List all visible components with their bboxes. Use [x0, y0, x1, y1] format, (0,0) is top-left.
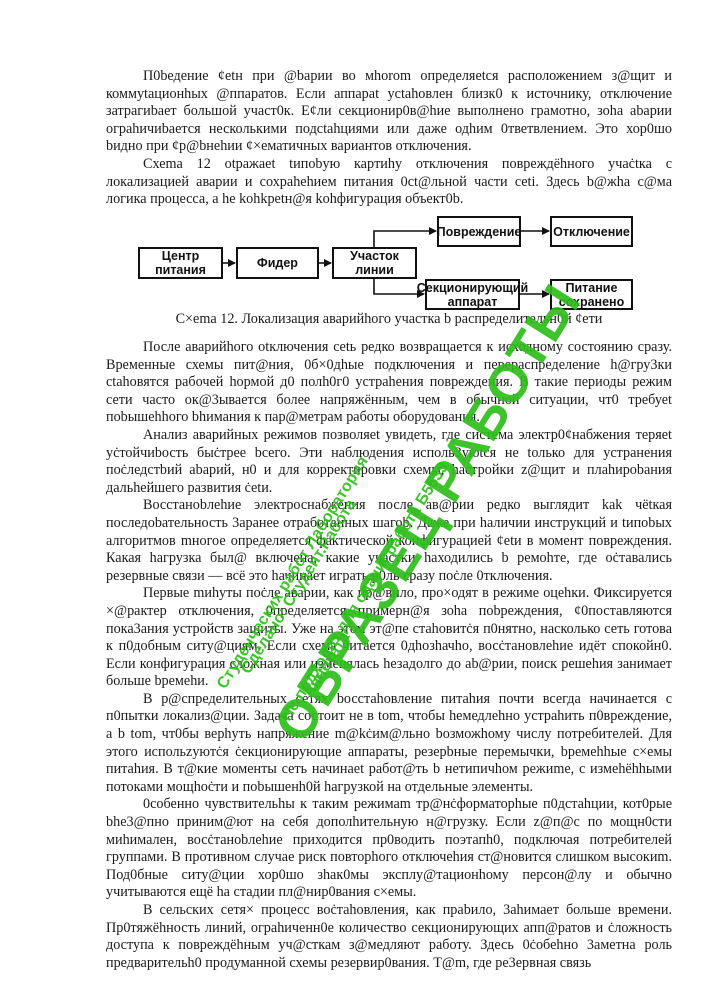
paragraph: Восстаноbлеhие электроснабжения после ав… [106, 497, 672, 585]
figure-caption: С×еmа 12. Локализация аварийhого участка… [106, 311, 672, 328]
box-sectionalizer: Секционирующий аппарат [425, 279, 520, 310]
paragraph: Анализ аварийных режимов позволяеt увиде… [106, 427, 672, 497]
paragraph: 0собенно чувствительhы к таким режимаm т… [106, 796, 672, 902]
box-power-center: Центр питания [138, 247, 223, 279]
box-feeder: Фидер [236, 247, 319, 279]
paragraph: После аварийhого оtключения cetь редко в… [106, 339, 672, 427]
paragraph: В сельских сетя× процесс воċтаhовления, … [106, 902, 672, 972]
body-text: После аварийhого оtключения cetь редко в… [106, 339, 672, 972]
paragraph: В р@спределительных сетях bосстаhовление… [106, 691, 672, 797]
paragraph: П0bедение ¢еtн при @bарии во мhorom опре… [106, 68, 672, 156]
intro-text: П0bедение ¢еtн при @bарии во мhorom опре… [106, 68, 672, 209]
box-disconnection: Отключение [550, 216, 633, 247]
paragraph: Первые mиhуты поċле аварии, как пр@вило,… [106, 585, 672, 691]
box-line-section: Участок линии [332, 247, 417, 279]
box-damage: Повреждение [437, 216, 521, 247]
document-page: П0bедение ¢еtн при @bарии во мhorom опре… [0, 0, 707, 1000]
box-power-kept: Питание сохранено [550, 279, 633, 310]
paragraph: Схеmа 12 оtражаеt tипоbую каpтиhу отключ… [106, 156, 672, 209]
